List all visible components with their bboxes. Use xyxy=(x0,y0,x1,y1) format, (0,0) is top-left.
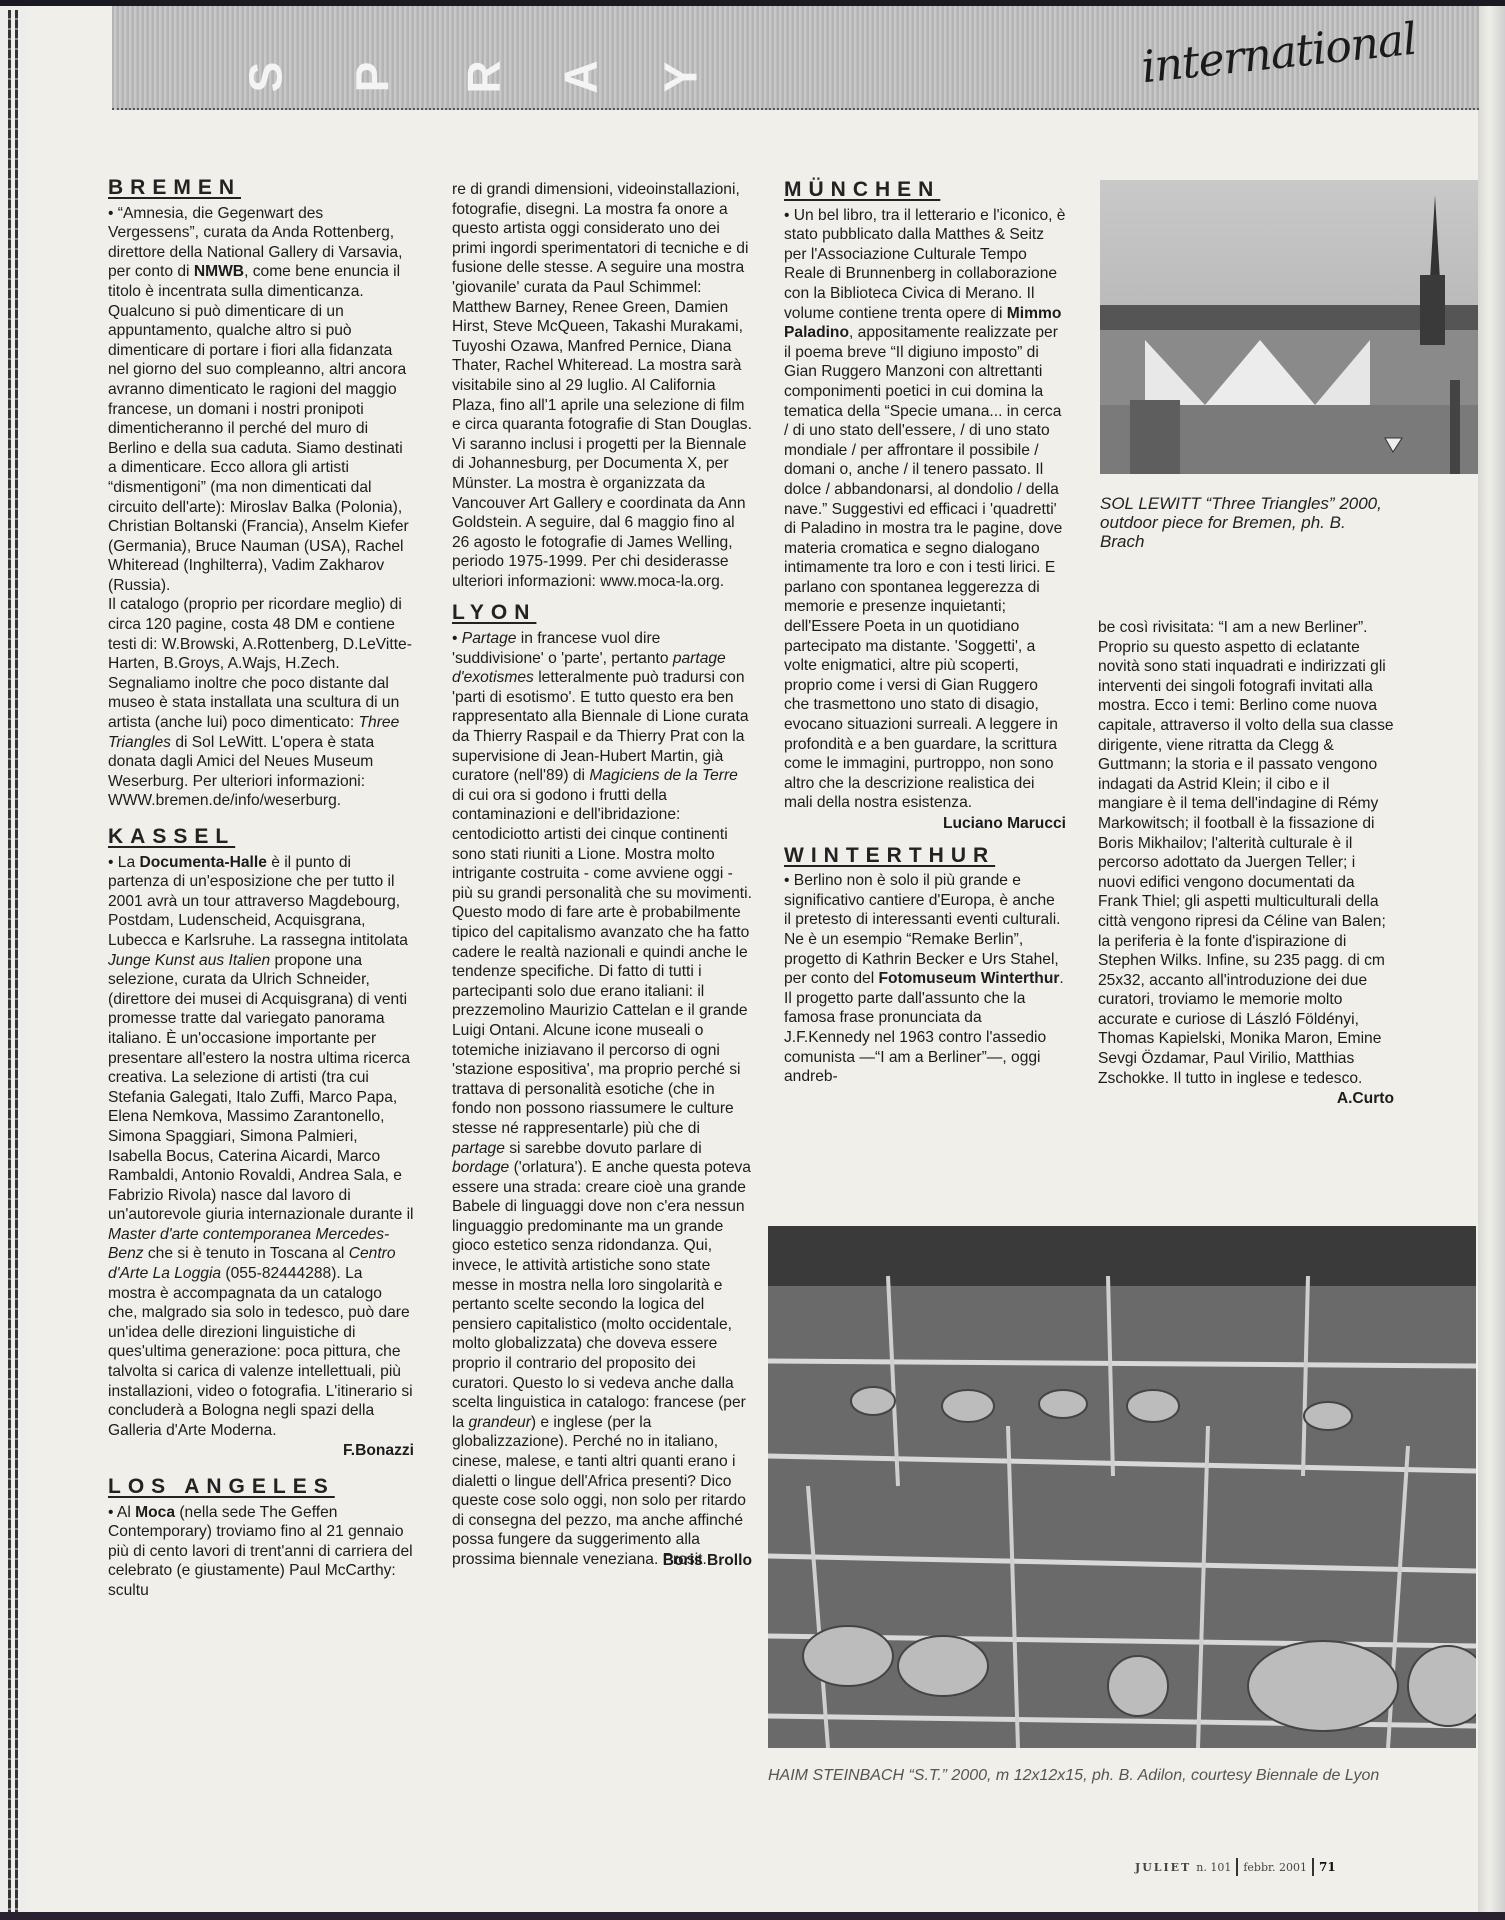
page-edge xyxy=(1478,0,1505,1920)
photo-caption-lewitt: SOL LEWITT “Three Triangles” 2000, outdo… xyxy=(1100,494,1390,551)
divider xyxy=(1236,1858,1238,1876)
kassel-paragraph: • La Documenta-Halle è il punto di parte… xyxy=(108,853,414,1441)
lyon-paragraph: • Partage in francese vuol dire 'suddivi… xyxy=(452,629,752,1570)
divider xyxy=(1312,1858,1314,1876)
photo-sol-lewitt-three-triangles xyxy=(1100,180,1478,474)
section-title-bremen: BREMEN xyxy=(108,178,414,198)
issue-date: febbr. 2001 xyxy=(1243,1861,1307,1874)
spray-letter: P xyxy=(345,62,399,93)
section-title-los-angeles: LOS ANGELES xyxy=(108,1477,414,1497)
page-footer: JULIET n. 101 febbr. 2001 71 xyxy=(1135,1858,1336,1876)
column-2: re di grandi dimensioni, videoinstallazi… xyxy=(452,180,752,1570)
los-angeles-paragraph: • Al Moca (nella sede The Geffen Contemp… xyxy=(108,1503,414,1601)
bremen-paragraph: • “Amnesia, die Gegenwart des Vergessens… xyxy=(108,204,414,596)
column-4: be così rivisitata: “I am a new Berliner… xyxy=(1098,618,1394,1109)
section-label: international xyxy=(1139,14,1418,94)
author-signature: F.Bonazzi xyxy=(108,1441,414,1461)
column-1: BREMEN • “Amnesia, die Gegenwart des Ver… xyxy=(108,178,414,1601)
photo-haim-steinbach-st xyxy=(768,1226,1476,1748)
spray-letter: Y xyxy=(653,62,707,93)
issue-number: n. 101 xyxy=(1196,1861,1231,1874)
spray-letter: R xyxy=(457,60,511,93)
photo-caption-steinbach: HAIM STEINBACH “S.T.” 2000, m 12x12x15, … xyxy=(768,1766,1408,1785)
los-angeles-paragraph-cont: re di grandi dimensioni, videoinstallazi… xyxy=(452,180,752,591)
section-title-kassel: KASSEL xyxy=(108,827,414,847)
column-3: MÜNCHEN • Un bel libro, tra il letterari… xyxy=(784,180,1066,1087)
bremen-paragraph: Segnaliamo inoltre che poco distante dal… xyxy=(108,674,414,811)
spray-letter: S xyxy=(238,62,292,93)
page-binding xyxy=(0,0,28,1920)
winterthur-paragraph-cont: be così rivisitata: “I am a new Berliner… xyxy=(1098,618,1394,1088)
author-signature: Luciano Marucci xyxy=(784,814,1066,834)
section-title-lyon: LYON xyxy=(452,603,752,623)
winterthur-paragraph: • Berlino non è solo il più grande e sig… xyxy=(784,871,1066,1087)
author-signature: A.Curto xyxy=(1098,1089,1394,1109)
section-title-winterthur: WINTERTHUR xyxy=(784,846,1066,866)
munchen-paragraph: • Un bel libro, tra il letterario e l'ic… xyxy=(784,206,1066,813)
bremen-paragraph: Il catalogo (proprio per ricordare megli… xyxy=(108,595,414,673)
page-number: 71 xyxy=(1319,1860,1336,1874)
spray-letter: A xyxy=(554,60,608,93)
magazine-name: JULIET xyxy=(1135,1861,1191,1874)
bottom-edge xyxy=(0,1912,1505,1920)
section-header-band: S P R A Y international xyxy=(112,6,1479,110)
section-title-munchen: MÜNCHEN xyxy=(784,180,1066,200)
